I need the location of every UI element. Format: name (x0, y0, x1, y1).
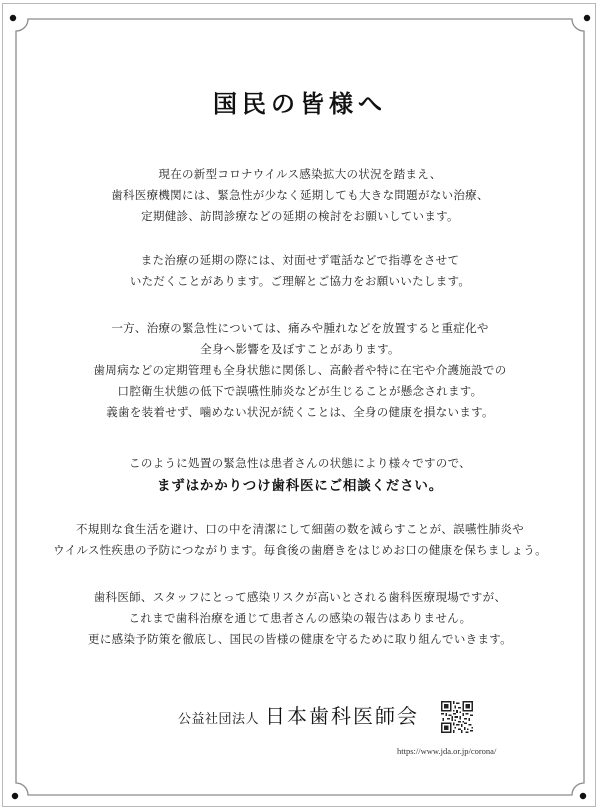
text-line: 歯科医師、スタッフにとって感染リスクが高いとされる歯科医療現場ですが、 (0, 587, 600, 608)
text-line: 一方、治療の緊急性については、痛みや腫れなどを放置すると重症化や (0, 318, 600, 339)
text-line: 現在の新型コロナウイルス感染拡大の状況を踏まえ、 (0, 164, 600, 185)
paragraph-5: 不規則な食生活を避け、口の中を清潔にして細菌の数を減らすことが、誤嚥性肺炎や ウ… (0, 519, 600, 561)
organization-type: 公益社団法人 (178, 712, 259, 727)
paragraph-4: このように処置の緊急性は患者さんの状態により様々ですので、 まずはかかりつけ歯科… (0, 453, 600, 498)
text-line: いただくことがあります。ご理解とご協力をお願いいたします。 (0, 271, 600, 292)
paragraph-1: 現在の新型コロナウイルス感染拡大の状況を踏まえ、 歯科医療機関には、緊急性が少な… (0, 164, 600, 227)
website-url[interactable]: https://www.jda.or.jp/corona/ (397, 746, 496, 756)
corner-dot-top-left (10, 15, 16, 21)
organization-signature: 公益社団法人日本歯科医師会 (178, 700, 419, 729)
text-line: 歯科医療機関には、緊急性が少なく延期しても大きな問題がない治療、 (0, 185, 600, 206)
paragraph-6: 歯科医師、スタッフにとって感染リスクが高いとされる歯科医療現場ですが、 これまで… (0, 587, 600, 650)
text-line: ウイルス性疾患の予防につながります。毎食後の歯磨きをはじめお口の健康を保ちましょ… (0, 540, 600, 561)
text-line: 口腔衛生状態の低下で誤嚥性肺炎などが生じることが懸念されます。 (0, 381, 600, 402)
paragraph-2: また治療の延期の際には、対面せず電話などで指導をさせて いただくことがあります。… (0, 250, 600, 292)
emphasis-line: まずはかかりつけ歯科医にご相談ください。 (0, 474, 600, 498)
page-title: 国民の皆様へ (0, 84, 600, 119)
text-line: 更に感染予防策を徹底し、国民の皆様の健康を守るために取り組んでいきます。 (0, 629, 600, 650)
text-line: 全身へ影響を及ぼすことがあります。 (0, 339, 600, 360)
corner-dot-bottom-left (12, 793, 18, 799)
text-line: 定期健診、訪問診療などの延期の検討をお願いしています。 (0, 206, 600, 227)
corner-dot-top-right (584, 15, 590, 21)
qr-code-icon[interactable] (441, 701, 473, 733)
text-line: また治療の延期の際には、対面せず電話などで指導をさせて (0, 250, 600, 271)
organization-name: 日本歯科医師会 (265, 704, 419, 728)
text-line: 不規則な食生活を避け、口の中を清潔にして細菌の数を減らすことが、誤嚥性肺炎や (0, 519, 600, 540)
text-line: このように処置の緊急性は患者さんの状態により様々ですので、 (0, 453, 600, 474)
paragraph-3: 一方、治療の緊急性については、痛みや腫れなどを放置すると重症化や 全身へ影響を及… (0, 318, 600, 423)
corner-dot-bottom-right (580, 793, 586, 799)
text-line: これまで歯科治療を通じて患者さんの感染の報告はありません。 (0, 608, 600, 629)
text-line: 歯周病などの定期管理も全身状態に関係し、高齢者や特に在宅や介護施設での (0, 360, 600, 381)
text-line: 義歯を装着せず、噛めない状況が続くことは、全身の健康を損ないます。 (0, 402, 600, 423)
